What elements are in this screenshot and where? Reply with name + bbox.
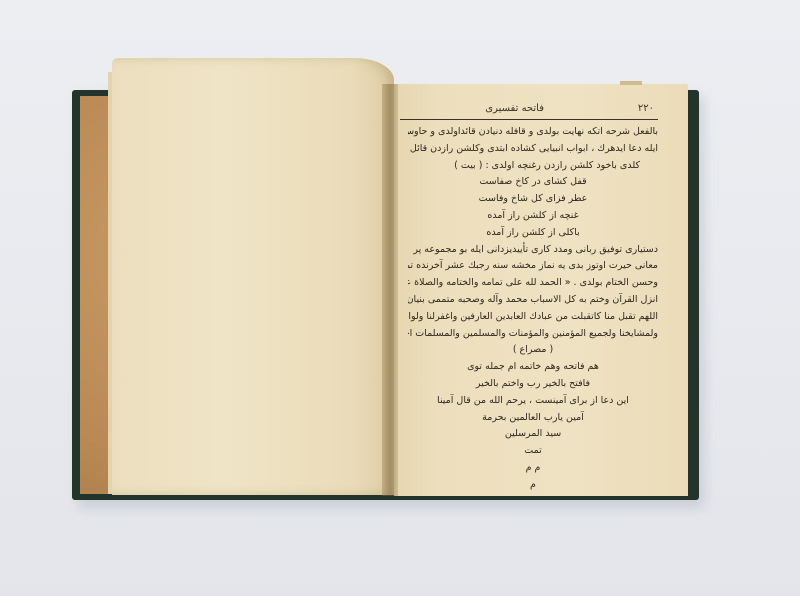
verse-line: غنچه از کلشن راز آمده xyxy=(408,208,658,225)
page-tear xyxy=(620,81,642,85)
section-label: ( مصراع ) xyxy=(408,342,658,359)
text-line: وحسن الختام بولدی . « الحمد لله علی تمام… xyxy=(408,275,658,292)
verse-line: باکلی از کلشن راز آمده xyxy=(408,225,658,242)
book-gutter xyxy=(382,84,398,496)
colophon-mark: م xyxy=(408,477,658,494)
text-line: دستیاری توفیق ربانی ومدد کاری تأییدیزدان… xyxy=(408,242,658,259)
text-line: انزل القرآن وختم به کل الاسباب محمد وآله… xyxy=(408,292,658,309)
page-number: ٢٢٠ xyxy=(638,103,654,114)
page-text: بالفعل شرحه اتکه نهایت بولدی و قافله دنی… xyxy=(408,124,658,494)
colophon-mark: م م xyxy=(408,460,658,477)
verse-line: هم فاتحه وهم خاتمه ام جمله توی xyxy=(408,359,658,376)
text-line: کلدی باخود کلشن رازدن رغنچه اولدی : ( بی… xyxy=(408,158,658,175)
verse-line: فافتح بالخیر رب واختم بالخیر xyxy=(408,376,658,393)
text-line: بالفعل شرحه اتکه نهایت بولدی و قافله دنی… xyxy=(408,124,658,141)
text-line: اللهم تقبل منا کاتقبلت من عبادك العابدین… xyxy=(408,309,658,326)
text-line: ولمشایخنا ولجمیع المؤمنین والمؤمنات والم… xyxy=(408,326,658,343)
running-head: فاتحه تفسیری xyxy=(485,103,544,114)
page-header: ٢٢٠ فاتحه تفسیری xyxy=(402,103,654,117)
book-photo: ٢٢٠ فاتحه تفسیری بالفعل شرحه اتکه نهایت … xyxy=(0,0,800,596)
text-line: سید المرسلین xyxy=(408,426,658,443)
colophon-tammat: تمت xyxy=(408,443,658,460)
text-line: معانی حیرت اوتوز بدی یه نماز مخشه سنه رج… xyxy=(408,258,658,275)
header-rule xyxy=(400,119,658,120)
text-line: ایله دعا ایدهرك ، ابواب انبیایی کشاده اب… xyxy=(408,141,658,158)
text-line: آمین یارب العالمین بحرمة xyxy=(408,410,658,427)
verse-line: قفل کشای در کاخ صفاست xyxy=(408,174,658,191)
verse-line: عطر فزای کل شاخ وفاست xyxy=(408,191,658,208)
text-line: این دعا از برای آمینست ، یرحم الله من قا… xyxy=(408,393,658,410)
left-page-blank xyxy=(112,58,394,495)
